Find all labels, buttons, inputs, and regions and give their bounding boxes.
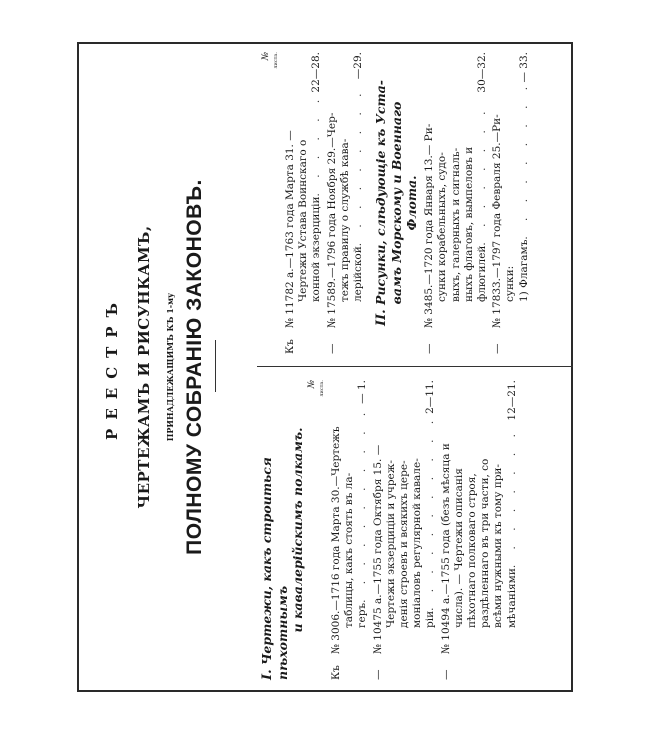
rotated-page: РЕЕСТРЪ ЧЕРТЕЖАМЪ И РИСУНКАМЪ, ПРИНАДЛЕЖ… <box>79 44 571 690</box>
section-heading-1: I. Чертежи, какъ строиться пѣхотнымъ <box>259 380 290 680</box>
left-column: I. Чертежи, какъ строиться пѣхотнымъ и к… <box>259 380 521 680</box>
header-rule <box>215 340 216 392</box>
page-subtitle-belonging: ПРИНАДЛЕЖАЩИМЪ КЪ 1-му <box>165 44 175 690</box>
sheets-label: № листа. <box>307 380 327 680</box>
page-ref: —29. <box>352 52 365 83</box>
page-title: РЕЕСТРЪ <box>103 44 121 690</box>
page-subtitle-drawings: ЧЕРТЕЖАМЪ И РИСУНКАМЪ, <box>135 44 153 690</box>
page-subtitle-collection: ПОЛНОМУ СОБРАНІЮ ЗАКОНОВЪ. <box>183 44 207 690</box>
register-entry: —№ 3485.—1720 года Января 13.— Ри- сунки… <box>423 52 489 354</box>
register-entry: —№ 10475 а.—1755 года Октября 15. — Черт… <box>372 380 438 680</box>
page-ref: 12—21. <box>506 380 519 425</box>
register-entry: —№ 10494 а.—1755 года (безъ мѣсяца и чис… <box>440 380 519 680</box>
page-ref: — 1. <box>356 380 369 408</box>
section-heading-1-line2: и кавалерійскимъ полкамъ. <box>290 380 305 680</box>
register-entry: Къ№ 3006.—1716 года Марта 30.—Чертежъ та… <box>330 380 370 680</box>
section-heading-2: II. Рисунки, слѣдующіе къ Уста- <box>373 52 389 354</box>
sheets-label: № листа. <box>261 52 281 354</box>
right-column: № листа. Къ№ 11782 а.—1763 года Марта 31… <box>259 52 533 354</box>
page-ref: 22—28. <box>310 52 323 97</box>
section-heading-2-line3: Флота. <box>404 52 419 354</box>
section-heading-2-line2: вамъ Морскому и Военнаго <box>389 52 404 354</box>
page-ref: 30—32. <box>476 52 489 97</box>
column-divider <box>257 366 573 367</box>
register-entry: —№ 17833.—1797 года Февраля 25.—Ри- сунк… <box>491 52 531 354</box>
page-ref: 2—11. <box>424 380 437 418</box>
page-frame: РЕЕСТРЪ ЧЕРТЕЖАМЪ И РИСУНКАМЪ, ПРИНАДЛЕЖ… <box>77 42 573 692</box>
page-ref: — 33. <box>518 52 531 87</box>
page-header: РЕЕСТРЪ ЧЕРТЕЖАМЪ И РИСУНКАМЪ, ПРИНАДЛЕЖ… <box>79 44 249 690</box>
register-entry: —№ 17589.—1796 года Ноября 29.—Чер- тежъ… <box>326 52 366 354</box>
register-entry: Къ№ 11782 а.—1763 года Марта 31. — Черте… <box>284 52 324 354</box>
